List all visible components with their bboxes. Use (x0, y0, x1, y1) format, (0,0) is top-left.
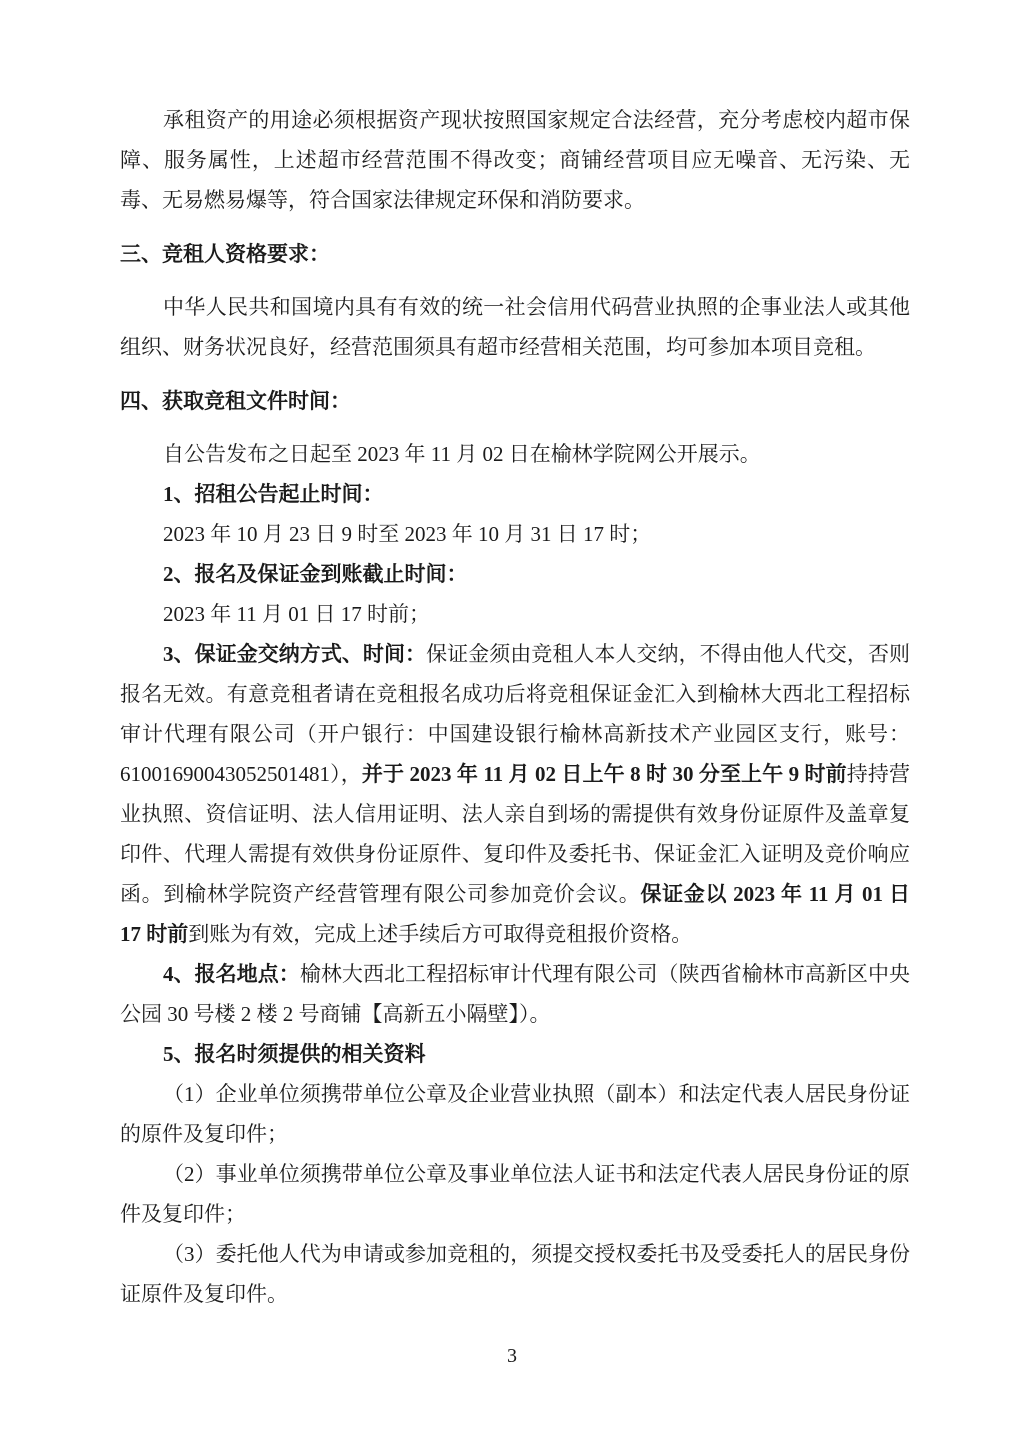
text-run: 5、报名时须提供的相关资料 (163, 1042, 426, 1066)
text-run: 自公告发布之日起至 2023 年 11 月 02 日在榆林学院网公开展示。 (163, 442, 761, 466)
text-run: 2023 年 10 月 23 日 9 时至 2023 年 10 月 31 日 1… (163, 522, 651, 546)
paragraph-announcement-dates: 2023 年 10 月 23 日 9 时至 2023 年 10 月 31 日 1… (120, 514, 910, 554)
paragraph-deadline-date: 2023 年 11 月 01 日 17 时前； (120, 594, 910, 634)
text-run: （3）委托他人代为申请或参加竞租的，须提交授权委托书及受委托人的居民身份证原件及… (120, 1242, 910, 1306)
section-heading-document-time: 四、获取竞租文件时间： (120, 381, 910, 421)
subheading-announcement-period: 1、招租公告起止时间： (120, 474, 910, 514)
paragraph-qualification: 中华人民共和国境内具有有效的统一社会信用代码营业执照的企事业法人或其他组织、财务… (120, 287, 910, 367)
page-footer: 3 (0, 1336, 1024, 1376)
paragraph-material-1: （1）企业单位须携带单位公章及企业营业执照（副本）和法定代表人居民身份证的原件及… (120, 1074, 910, 1154)
document-page: 承租资产的用途必须根据资产现状按照国家规定合法经营，充分考虑校内超市保障、服务属… (0, 0, 1024, 1448)
text-run: 并于 2023 年 11 月 02 日上午 8 时 30 分至上午 9 时前 (362, 762, 847, 786)
page-number: 3 (507, 1345, 517, 1367)
paragraph-lease-usage: 承租资产的用途必须根据资产现状按照国家规定合法经营，充分考虑校内超市保障、服务属… (120, 100, 910, 220)
paragraph-registration-location: 4、报名地点：榆林大西北工程招标审计代理有限公司（陕西省榆林市高新区中央公园 3… (120, 954, 910, 1034)
text-run: 到账为有效，完成上述手续后方可取得竞租报价资格。 (188, 922, 692, 946)
document-body: 承租资产的用途必须根据资产现状按照国家规定合法经营，充分考虑校内超市保障、服务属… (120, 100, 910, 1314)
text-run: 3、保证金交纳方式、时间： (163, 642, 426, 666)
text-run: 4、报名地点： (163, 962, 300, 986)
section-heading-qualification: 三、竞租人资格要求： (120, 234, 910, 274)
text-run: 1、招租公告起止时间： (163, 482, 384, 506)
paragraph-announcement-display: 自公告发布之日起至 2023 年 11 月 02 日在榆林学院网公开展示。 (120, 434, 910, 474)
paragraph-material-2: （2）事业单位须携带单位公章及事业单位法人证书和法定代表人居民身份证的原件及复印… (120, 1154, 910, 1234)
text-run: 2023 年 11 月 01 日 17 时前； (163, 602, 430, 626)
subheading-registration-deadline: 2、报名及保证金到账截止时间： (120, 554, 910, 594)
text-run: （1）企业单位须携带单位公章及企业营业执照（副本）和法定代表人居民身份证的原件及… (120, 1082, 910, 1146)
text-run: 承租资产的用途必须根据资产现状按照国家规定合法经营，充分考虑校内超市保障、服务属… (120, 108, 910, 212)
text-run: 2、报名及保证金到账截止时间： (163, 562, 468, 586)
text-run: 四、获取竞租文件时间： (120, 389, 351, 413)
subheading-required-materials: 5、报名时须提供的相关资料 (120, 1034, 910, 1074)
text-run: 中华人民共和国境内具有有效的统一社会信用代码营业执照的企事业法人或其他组织、财务… (120, 295, 910, 359)
text-run: （2）事业单位须携带单位公章及事业单位法人证书和法定代表人居民身份证的原件及复印… (120, 1162, 910, 1226)
text-run: 三、竞租人资格要求： (120, 242, 330, 266)
paragraph-deposit-payment: 3、保证金交纳方式、时间：保证金须由竞租人本人交纳，不得由他人代交，否则报名无效… (120, 634, 910, 954)
paragraph-material-3: （3）委托他人代为申请或参加竞租的，须提交授权委托书及受委托人的居民身份证原件及… (120, 1234, 910, 1314)
